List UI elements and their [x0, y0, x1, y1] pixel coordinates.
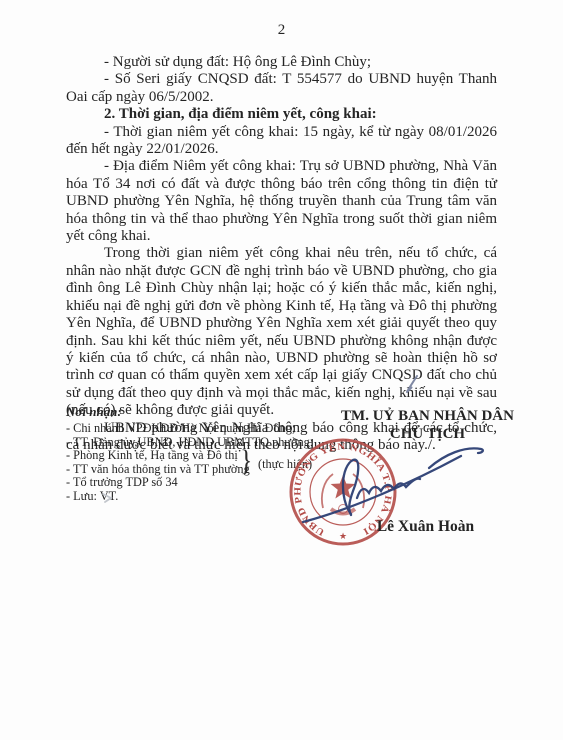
faint-scribble-mark: [100, 490, 116, 504]
recipient-item: - Tổ trưởng TDP số 34: [66, 476, 316, 490]
paragraph-serial-number: - Số Seri giấy CNQSD đất: T 554577 do UB…: [66, 71, 497, 106]
recipients-heading: Nơi nhận:: [66, 404, 316, 419]
paragraph-land-user: - Người sử dụng đất: Hộ ông Lê Đình Chùy…: [66, 54, 497, 71]
document-page: 2 - Người sử dụng đất: Hộ ông Lê Đình Ch…: [0, 0, 563, 740]
signer-name: Lê Xuân Hoàn: [348, 518, 503, 536]
paragraph-posting-location: - Địa điểm Niêm yết công khai: Trụ sở UB…: [66, 158, 497, 245]
org-title: TM. UỶ BAN NHÂN DÂN: [330, 407, 525, 425]
recipient-item: - Chi nhánh VPĐKĐĐ Hà Nội quận Hà Đông;: [66, 422, 316, 436]
handwritten-signature: [291, 436, 489, 530]
recipients-brace: }: [240, 446, 252, 476]
page-number: 2: [0, 0, 563, 38]
stamp-star: ★: [339, 531, 347, 541]
paragraph-section-heading: 2. Thời gian, địa điểm niêm yết, công kh…: [66, 106, 497, 123]
paragraph-procedure: Trong thời gian niêm yết công khai nêu t…: [66, 245, 497, 419]
document-body: - Người sử dụng đất: Hộ ông Lê Đình Chùy…: [66, 54, 497, 454]
pen-tick-mark: [402, 374, 420, 394]
recipient-item: - TT. Đảng ủy,UBND, HĐND,UBMTTQ phường;: [66, 436, 316, 450]
recipients-block: Nơi nhận: - Chi nhánh VPĐKĐĐ Hà Nội quận…: [66, 404, 316, 504]
paragraph-posting-time: - Thời gian niêm yết công khai: 15 ngày,…: [66, 124, 497, 159]
